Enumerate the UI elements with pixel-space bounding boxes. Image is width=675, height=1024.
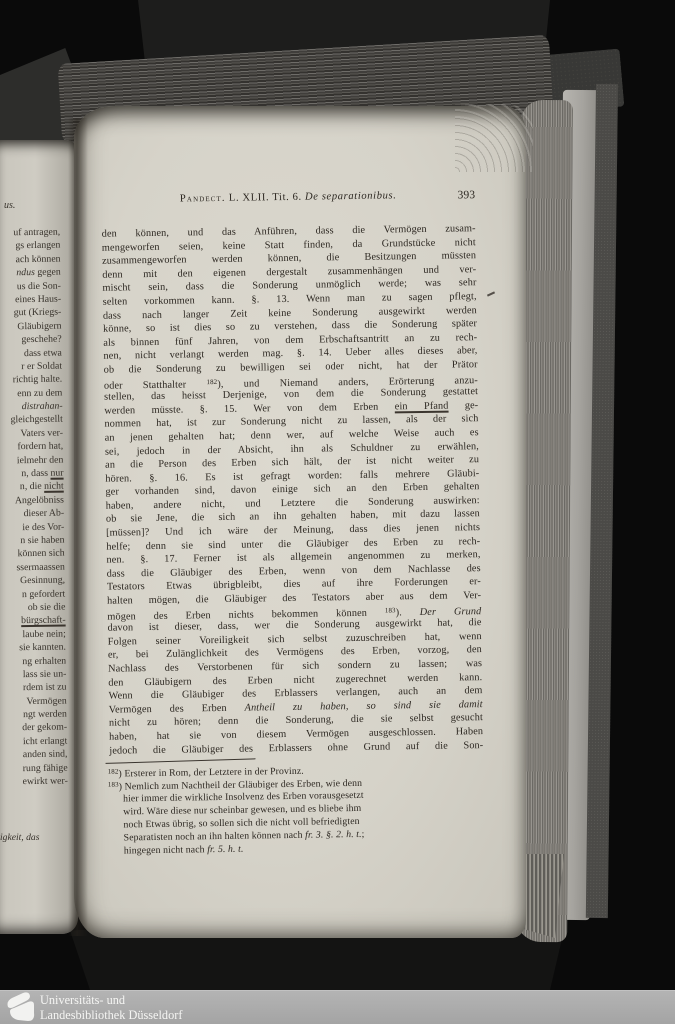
underlined-text: nur (50, 468, 63, 479)
text-segment: geschehe? (21, 334, 61, 346)
text-line: ob sie die (3, 600, 65, 614)
text-segment: sie kannten. (19, 642, 66, 654)
text-line: gut (Kriegs- (0, 306, 61, 320)
text-line: rdem ist zu (4, 681, 66, 695)
text-segment: Angelöbniss (15, 494, 64, 506)
text-line: anden sind, (5, 748, 67, 762)
text-line: eines Haus- (0, 293, 61, 307)
text-line: distrahan- (1, 400, 63, 414)
text-line: richtig halte. (0, 373, 62, 387)
text-segment: n, die (20, 481, 44, 492)
left-page-header-fragment: us. (4, 200, 15, 211)
text-line: Gläubigern (0, 319, 62, 333)
text-line: können sich (3, 547, 65, 561)
left-page-footnote-fragment: igkeit, das (0, 832, 58, 843)
text-segment: gs erlangen (15, 240, 60, 252)
text-line: ie des Vor- (2, 520, 64, 534)
header-title-italic: De separationibus. (305, 190, 397, 202)
text-line: ielmehr den (1, 453, 63, 467)
text-segment: Gläubigern (17, 320, 61, 332)
underlined-text: ein Pfand (395, 400, 449, 412)
text-segment: eines Haus- (15, 294, 61, 306)
text-segment: Vermögen des Erben (109, 702, 245, 715)
footnote-ref: 182 (108, 768, 119, 776)
text-segment: uf antragen, (13, 227, 60, 239)
text-segment: Vaters ver- (20, 427, 63, 439)
text-line: dass etwa (0, 346, 62, 360)
footnote-ref: 183 (108, 781, 119, 789)
text-line: der gekom- (5, 721, 67, 735)
text-line: laube nein; (4, 627, 66, 641)
text-segment: n sie haben (20, 535, 64, 547)
text-segment: laube nein; (22, 628, 65, 640)
text-segment: dass etwa (24, 347, 62, 359)
text-segment: rdem ist zu (23, 682, 67, 694)
library-watermark-bar: Universitäts- und Landesbibliothek Düsse… (0, 990, 675, 1024)
text-segment: dieser Ab- (23, 508, 64, 520)
text-segment: fr. 5. h. t. (207, 844, 243, 856)
page-corner-arcs (455, 104, 533, 172)
text-segment: lass sie un- (23, 668, 67, 680)
page-number: 393 (457, 189, 475, 201)
text-line: Gesinnung, (3, 574, 65, 588)
text-line: bürgschaft- (3, 614, 65, 628)
footnote-ref: 182 (206, 378, 217, 386)
page-text-block: Pandect. L. XLII. Tit. 6. De separationi… (85, 189, 487, 858)
text-segment: ewirkt wer- (23, 776, 68, 788)
text-line: enn zu dem (0, 386, 62, 400)
library-name-line2: Landesbibliothek Düsseldorf (40, 1008, 182, 1023)
text-segment: anden sind, (23, 749, 68, 761)
library-name: Universitäts- und Landesbibliothek Düsse… (40, 993, 182, 1022)
body-text: den können, und das Anführen, dass die V… (86, 222, 484, 758)
footnote-ref: 183 (385, 606, 396, 614)
text-line: n sie haben (2, 534, 64, 548)
header-citation: L. XLII. Tit. 6. (229, 192, 302, 204)
library-name-line1: Universitäts- und (40, 993, 182, 1008)
text-segment: Gesinnung, (20, 575, 65, 587)
text-segment: n, dass (21, 468, 50, 479)
text-segment: gegen (35, 267, 61, 278)
text-line: lass sie un- (4, 667, 66, 681)
text-segment: icht erlangt (23, 735, 67, 747)
footnotes: 182) Ersterer in Rom, der Letztere in de… (94, 760, 485, 858)
text-segment: gut (Kriegs- (14, 307, 62, 319)
text-line: fordern hat, (1, 440, 63, 454)
text-line: icht erlangt (5, 734, 67, 748)
text-line: Vaters ver- (1, 426, 63, 440)
text-line: gleichgestellt (1, 413, 63, 427)
header-series: Pandect. (180, 193, 226, 205)
text-segment: r er Soldat (21, 360, 62, 372)
text-segment: ielmehr den (17, 454, 64, 466)
underlined-text: bürgschaft- (21, 615, 66, 627)
text-line: dieser Ab- (2, 507, 64, 521)
text-segment: fr. 3. §. 2. h. t. (305, 829, 362, 841)
text-line: ach können (0, 252, 61, 266)
text-segment: Vermögen (26, 695, 66, 707)
text-line: ewirkt wer- (6, 775, 68, 789)
ulb-duesseldorf-logo-icon (4, 992, 38, 1022)
text-segment: fordern hat, (17, 441, 63, 453)
text-segment: ngt werden (23, 709, 67, 721)
text-line: rung fähige (6, 761, 68, 775)
text-segment: Separatisten noch an ihn halten können n… (124, 830, 306, 844)
text-line: ngt werden (5, 708, 67, 722)
text-segment: ob sie die (28, 601, 66, 613)
text-segment: distrahan- (22, 401, 63, 413)
underlined-text: nicht (44, 481, 64, 492)
text-line: us die Son- (0, 279, 61, 293)
text-line: n, die nicht (2, 480, 64, 494)
text-segment: ; (362, 829, 365, 840)
text-segment: ng erhalten (22, 655, 66, 667)
text-segment: hingegen nicht nach (124, 844, 207, 856)
text-segment: ssermaassen (16, 561, 65, 573)
text-segment: n gefordert (22, 588, 65, 600)
text-line: sie kannten. (4, 641, 66, 655)
left-page-text-fragments: uf antragen,gs erlangenach könnenndus ge… (0, 226, 68, 789)
text-segment: richtig halte. (13, 374, 63, 386)
text-segment: ach können (16, 253, 61, 265)
text-line: ssermaassen (3, 560, 65, 574)
text-line: n, dass nur (1, 467, 63, 481)
text-line: ndus gegen (0, 266, 61, 280)
text-segment: enn zu dem (17, 387, 62, 399)
text-line: Angelöbniss (2, 493, 64, 507)
text-segment: us die Son- (17, 280, 61, 292)
text-line: r er Soldat (0, 359, 62, 373)
text-segment: der gekom- (22, 722, 67, 734)
text-line: ng erhalten (4, 654, 66, 668)
text-segment: gleichgestellt (10, 414, 62, 426)
text-segment: ie des Vor- (22, 521, 64, 533)
text-line: uf antragen, (0, 226, 60, 240)
text-segment: können sich (17, 548, 64, 560)
book-scan-viewer: us. uf antragen,gs erlangenach könnenndu… (0, 0, 675, 1024)
text-line: Vermögen (5, 694, 67, 708)
text-segment: ndus (16, 267, 35, 278)
text-segment: ge- (448, 400, 478, 411)
text-segment: rung fähige (23, 762, 68, 774)
text-line: gs erlangen (0, 239, 60, 253)
text-line: geschehe? (0, 333, 62, 347)
text-line: n gefordert (3, 587, 65, 601)
